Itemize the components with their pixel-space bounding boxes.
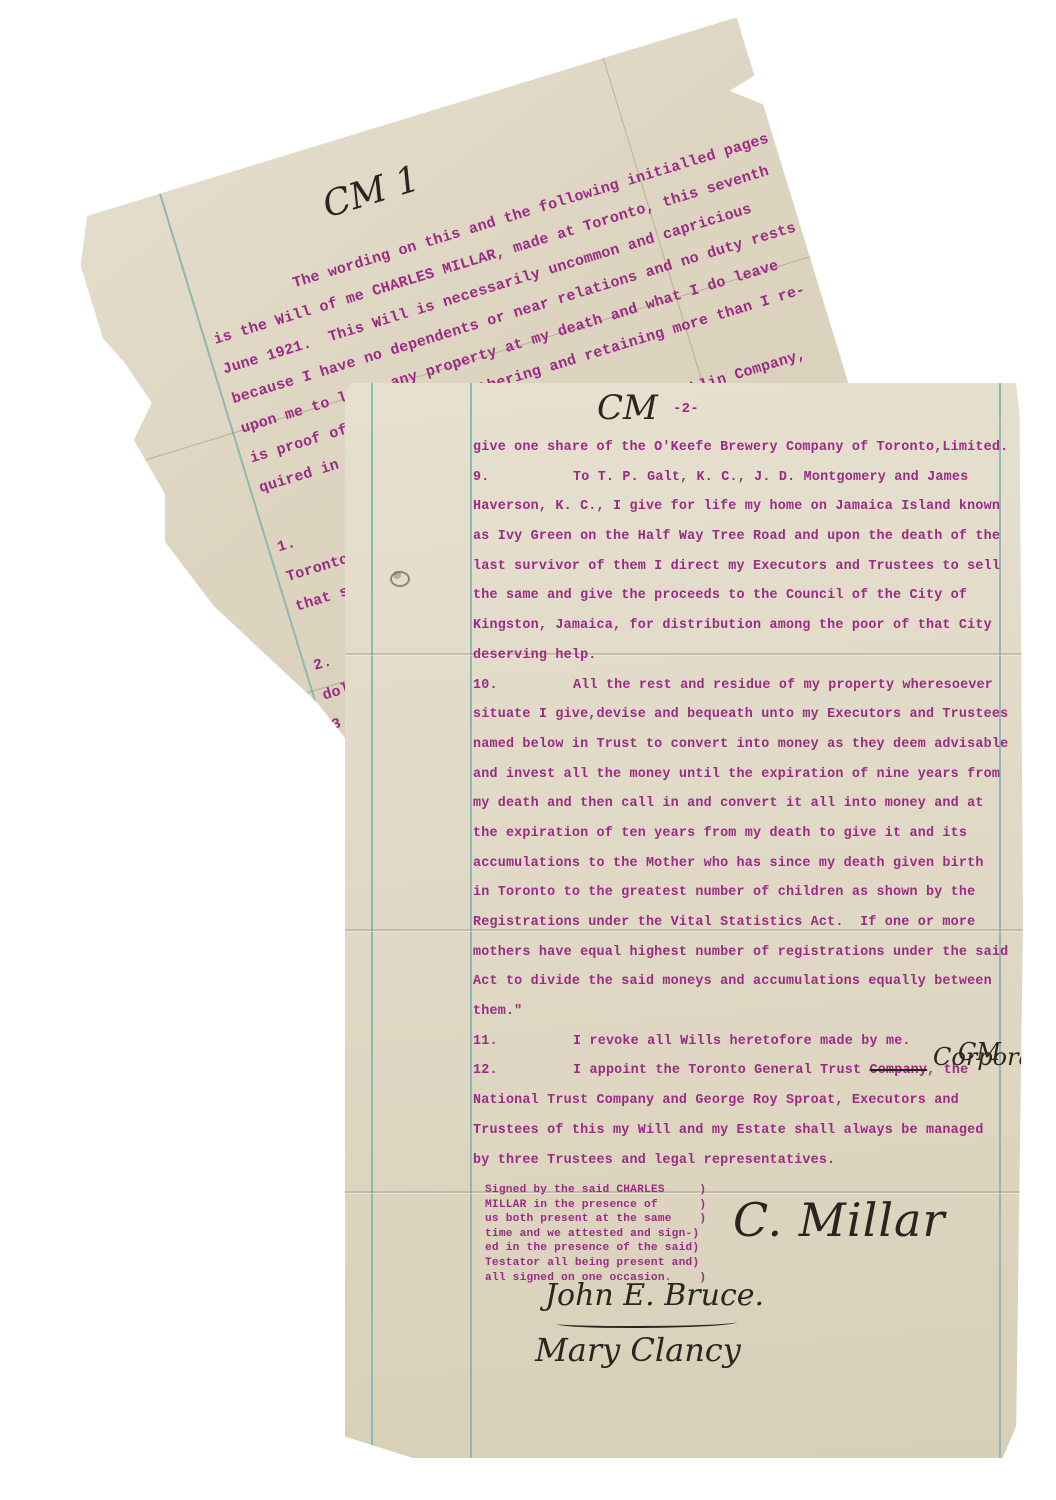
body-line: the same and give the proceeds to the Co… [473,581,1018,611]
body-line: give one share of the O'Keefe Brewery Co… [473,433,1018,463]
line-text: them." [473,1004,522,1019]
body-line: in Toronto to the greatest number of chi… [473,878,1018,908]
clause-number: 9. [473,463,573,493]
page2-initials: CM [597,388,658,428]
body-line: Act to divide the said moneys and accumu… [473,967,1018,997]
clause-number: 11. [473,1027,573,1057]
line-text: give one share of the O'Keefe Brewery Co… [473,440,1008,455]
attestation-line: Signed by the said CHARLES ) [485,1183,745,1198]
attestation-line: MILLAR in the presence of ) [485,1198,745,1213]
clause-number: 12. [473,1056,573,1086]
body-line: situate I give,devise and bequeath unto … [473,700,1018,730]
line-text: I revoke all Wills heretofore made by me… [573,1034,911,1049]
line-text: Trustees of this my Will and my Estate s… [473,1123,984,1138]
body-line: mothers have equal highest number of reg… [473,938,1018,968]
body-line: the expiration of ten years from my deat… [473,819,1018,849]
body-line: deserving help. [473,641,1018,671]
line-text: named below in Trust to convert into mon… [473,737,1008,752]
attestation-line: ed in the presence of the said) [485,1241,745,1256]
body-line: Kingston, Jamaica, for distribution amon… [473,611,1018,641]
will-page-2: CM -2- give one share of the O'Keefe Bre… [345,383,1023,1458]
line-text: All the rest and residue of my property … [573,678,993,693]
body-line: accumulations to the Mother who has sinc… [473,849,1018,879]
line-text: my death and then call in and convert it… [473,796,984,811]
line-text: and invest all the money until the expir… [473,767,1000,782]
signature-flourish [557,1318,737,1328]
body-line: them." [473,997,1018,1027]
witness-signature-1: John E. Bruce. [545,1278,764,1313]
attestation-line: time and we attested and sign-) [485,1227,745,1242]
body-line: National Trust Company and George Roy Sp… [473,1086,1018,1116]
line-text: in Toronto to the greatest number of chi… [473,885,975,900]
page-number: -2- [673,401,699,417]
clause-number: 10. [473,671,573,701]
body-line: Haverson, K. C., I give for life my home… [473,492,1018,522]
line-text: National Trust Company and George Roy Sp… [473,1093,959,1108]
line-text: deserving help. [473,648,597,663]
body-line: last survivor of them I direct my Execut… [473,552,1018,582]
margin-rule [470,383,472,1458]
body-line: 9.To T. P. Galt, K. C., J. D. Montgomery… [473,463,1018,493]
attestation-clause: Signed by the said CHARLES )MILLAR in th… [485,1183,745,1285]
line-text: the same and give the proceeds to the Co… [473,588,967,603]
body-line: Registrations under the Vital Statistics… [473,908,1018,938]
body-line: 10.All the rest and residue of my proper… [473,671,1018,701]
body-line: Trustees of this my Will and my Estate s… [473,1116,1018,1146]
line-text: mothers have equal highest number of reg… [473,945,1008,960]
margin-rule [371,383,373,1458]
line-text: Kingston, Jamaica, for distribution amon… [473,618,992,633]
line-text: situate I give,devise and bequeath unto … [473,707,1008,722]
line-text: as Ivy Green on the Half Way Tree Road a… [473,529,1000,544]
line-text: the expiration of ten years from my deat… [473,826,967,841]
body-line: named below in Trust to convert into mon… [473,730,1018,760]
witness-signature-2: Mary Clancy [535,1331,741,1369]
testator-signature: C. Millar [733,1193,945,1247]
line-text: Haverson, K. C., I give for life my home… [473,499,1000,514]
struck-word: Company [870,1063,928,1078]
attestation-line: Testator all being present and) [485,1256,745,1271]
line-text: Registrations under the Vital Statistics… [473,915,975,930]
body-line: by three Trustees and legal representati… [473,1146,1018,1176]
body-line: and invest all the money until the expir… [473,760,1018,790]
body-line: as Ivy Green on the Half Way Tree Road a… [473,522,1018,552]
body-line: my death and then call in and convert it… [473,789,1018,819]
page1-initials: CM 1 [318,158,424,226]
attestation-line: us both present at the same ) [485,1212,745,1227]
line-text: Act to divide the said moneys and accumu… [473,974,992,989]
correction-initials: CM [958,1038,1001,1066]
line-text: I appoint the Toronto General Trust [573,1063,861,1078]
line-text: last survivor of them I direct my Execut… [473,559,1000,574]
line-text: To T. P. Galt, K. C., J. D. Montgomery a… [573,470,968,485]
pin-hole [393,571,401,579]
line-text: by three Trustees and legal representati… [473,1153,835,1168]
line-text: accumulations to the Mother who has sinc… [473,856,984,871]
